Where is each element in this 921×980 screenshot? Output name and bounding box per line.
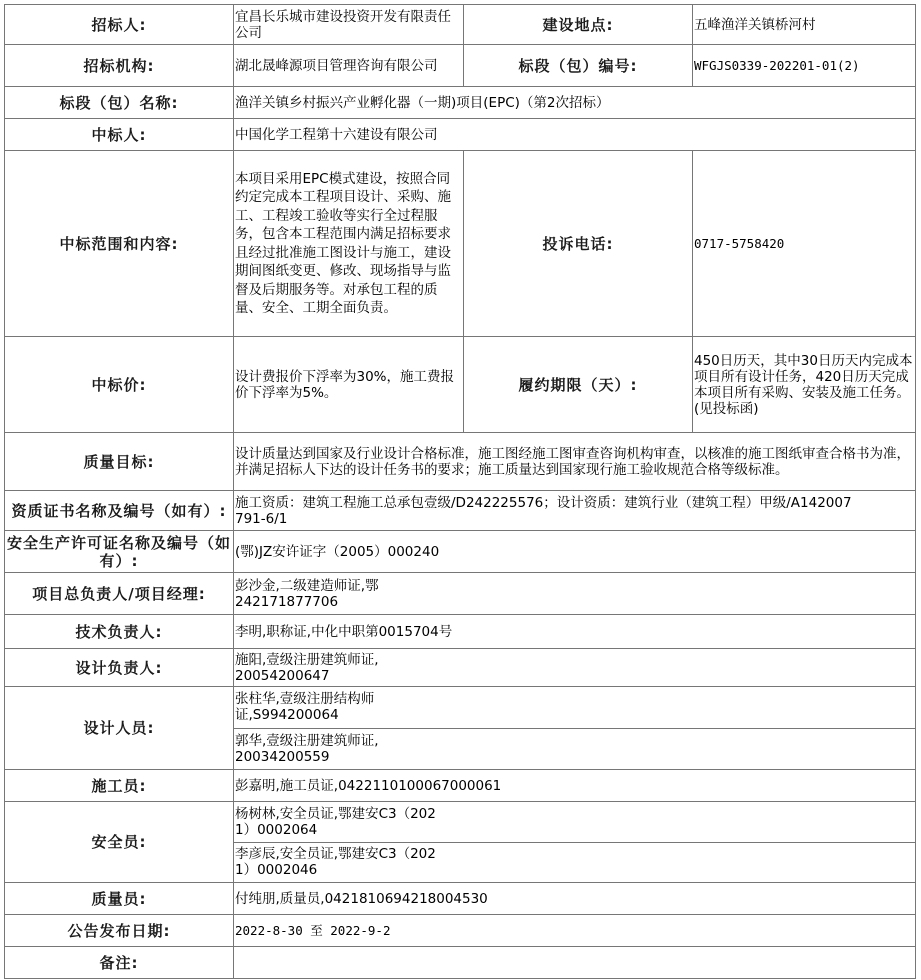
tenderer-label: 招标人: <box>5 5 234 45</box>
complaint-phone-value: 0717-5758420 <box>693 151 916 337</box>
quality-officer-label: 质量员: <box>5 883 234 915</box>
quality-officer-value: 付纯朋,质量员,0421810694218004530 <box>234 883 916 915</box>
safety-officers-label: 安全员: <box>5 802 234 883</box>
qualification-value: 施工资质：建筑工程施工总承包壹级/D242225576；设计资质：建筑行业（建筑… <box>234 491 916 531</box>
constructor-label: 施工员: <box>5 770 234 802</box>
bid-price-label: 中标价: <box>5 337 234 433</box>
section-no-value: WFGJS0339-202201-01(2) <box>693 45 916 87</box>
row-safety-license: 安全生产许可证名称及编号（如有）: (鄂)JZ安许证字（2005）000240 <box>5 531 916 573</box>
winner-value: 中国化学工程第十六建设有限公司 <box>234 119 916 151</box>
tech-lead-label: 技术负责人: <box>5 615 234 649</box>
tenderer-value: 宜昌长乐城市建设投资开发有限责任公司 <box>234 5 464 45</box>
row-designers: 设计人员: 张柱华,壹级注册结构师证,S994200064 郭华,壹级注册建筑师… <box>5 687 916 770</box>
publish-date-value: 2022-8-30 至 2022-9-2 <box>234 915 916 947</box>
agency-value: 湖北晟峰源项目管理咨询有限公司 <box>234 45 464 87</box>
designer-item: 张柱华,壹级注册结构师证,S994200064 <box>234 687 915 728</box>
row-scope: 中标范围和内容: 本项目采用EPC模式建设，按照合同约定完成本工程项目设计、采购… <box>5 151 916 337</box>
row-quality-goal: 质量目标: 设计质量达到国家及行业设计合格标准，施工图经施工图审查咨询机构审查，… <box>5 433 916 491</box>
row-quality-officer: 质量员: 付纯朋,质量员,0421810694218004530 <box>5 883 916 915</box>
agency-label: 招标机构: <box>5 45 234 87</box>
row-design-lead: 设计负责人: 施阳,壹级注册建筑师证,20054200647 <box>5 649 916 687</box>
bid-result-table: 招标人: 宜昌长乐城市建设投资开发有限责任公司 建设地点: 五峰渔洋关镇桥河村 … <box>4 4 916 979</box>
section-name-label: 标段（包）名称: <box>5 87 234 119</box>
location-value: 五峰渔洋关镇桥河村 <box>693 5 916 45</box>
designers-cell: 张柱华,壹级注册结构师证,S994200064 郭华,壹级注册建筑师证,2003… <box>234 687 916 770</box>
constructor-value: 彭嘉明,施工员证,0422110100067000061 <box>234 770 916 802</box>
section-no-label: 标段（包）编号: <box>464 45 693 87</box>
scope-value: 本项目采用EPC模式建设，按照合同约定完成本工程项目设计、采购、施工、工程竣工验… <box>234 151 464 337</box>
row-agency: 招标机构: 湖北晟峰源项目管理咨询有限公司 标段（包）编号: WFGJS0339… <box>5 45 916 87</box>
scope-label: 中标范围和内容: <box>5 151 234 337</box>
row-constructor: 施工员: 彭嘉明,施工员证,0422110100067000061 <box>5 770 916 802</box>
designer-item: 郭华,壹级注册建筑师证,20034200559 <box>234 728 915 769</box>
safety-license-label: 安全生产许可证名称及编号（如有）: <box>5 531 234 573</box>
remarks-label: 备注: <box>5 947 234 979</box>
designers-label: 设计人员: <box>5 687 234 770</box>
bid-price-value: 设计费报价下浮率为30%，施工费报价下浮率为5%。 <box>234 337 464 433</box>
safety-license-value: (鄂)JZ安许证字（2005）000240 <box>234 531 916 573</box>
row-publish-date: 公告发布日期: 2022-8-30 至 2022-9-2 <box>5 915 916 947</box>
row-section-name: 标段（包）名称: 渔洋关镇乡村振兴产业孵化器（一期)项目(EPC)（第2次招标） <box>5 87 916 119</box>
row-tech-lead: 技术负责人: 李明,职称证,中化中职第0015704号 <box>5 615 916 649</box>
designers-list: 张柱华,壹级注册结构师证,S994200064 郭华,壹级注册建筑师证,2003… <box>234 687 915 769</box>
location-label: 建设地点: <box>464 5 693 45</box>
design-lead-cell: 施阳,壹级注册建筑师证,20054200647 <box>234 649 916 687</box>
row-tenderer: 招标人: 宜昌长乐城市建设投资开发有限责任公司 建设地点: 五峰渔洋关镇桥河村 <box>5 5 916 45</box>
safety-officers-cell: 杨树林,安全员证,鄂建安C3（2021）0002064 李彦辰,安全员证,鄂建安… <box>234 802 916 883</box>
project-manager-cell: 彭沙金,二级建造师证,鄂242171877706 <box>234 573 916 615</box>
row-winner: 中标人: 中国化学工程第十六建设有限公司 <box>5 119 916 151</box>
project-manager-value: 彭沙金,二级建造师证,鄂242171877706 <box>235 578 385 610</box>
duration-label: 履约期限（天）: <box>464 337 693 433</box>
row-safety-officers: 安全员: 杨树林,安全员证,鄂建安C3（2021）0002064 李彦辰,安全员… <box>5 802 916 883</box>
row-bid-price: 中标价: 设计费报价下浮率为30%，施工费报价下浮率为5%。 履约期限（天）: … <box>5 337 916 433</box>
winner-label: 中标人: <box>5 119 234 151</box>
row-project-manager: 项目总负责人/项目经理: 彭沙金,二级建造师证,鄂242171877706 <box>5 573 916 615</box>
section-name-value: 渔洋关镇乡村振兴产业孵化器（一期)项目(EPC)（第2次招标） <box>234 87 916 119</box>
quality-goal-value: 设计质量达到国家及行业设计合格标准，施工图经施工图审查咨询机构审查，以核准的施工… <box>234 433 916 491</box>
design-lead-label: 设计负责人: <box>5 649 234 687</box>
design-lead-value: 施阳,壹级注册建筑师证,20054200647 <box>235 652 380 684</box>
duration-value: 450日历天，其中30日历天内完成本项目所有设计任务，420日历天完成本项目所有… <box>693 337 916 433</box>
safety-officer-item: 杨树林,安全员证,鄂建安C3（2021）0002064 <box>234 802 915 842</box>
project-manager-label: 项目总负责人/项目经理: <box>5 573 234 615</box>
row-remarks: 备注: <box>5 947 916 979</box>
publish-date-label: 公告发布日期: <box>5 915 234 947</box>
quality-goal-label: 质量目标: <box>5 433 234 491</box>
safety-officer-item: 李彦辰,安全员证,鄂建安C3（2021）0002046 <box>234 842 915 882</box>
row-qualification: 资质证书名称及编号（如有）: 施工资质：建筑工程施工总承包壹级/D2422255… <box>5 491 916 531</box>
qualification-label: 资质证书名称及编号（如有）: <box>5 491 234 531</box>
tech-lead-value: 李明,职称证,中化中职第0015704号 <box>234 615 916 649</box>
complaint-phone-label: 投诉电话: <box>464 151 693 337</box>
remarks-value <box>234 947 916 979</box>
safety-officers-list: 杨树林,安全员证,鄂建安C3（2021）0002064 李彦辰,安全员证,鄂建安… <box>234 802 915 882</box>
